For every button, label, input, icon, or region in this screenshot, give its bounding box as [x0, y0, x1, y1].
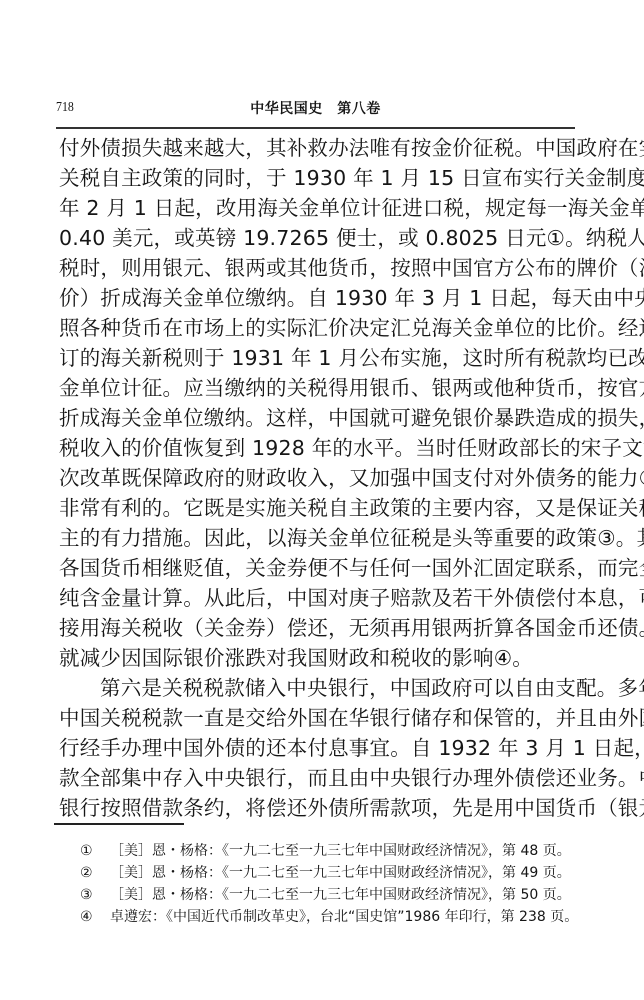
text-line: 款全部集中存入中央银行，而且由中央银行办理外债偿还业务。中央 [59, 763, 579, 793]
running-head: 718 中华民国史 第八卷 [56, 98, 575, 120]
footnote-rule [54, 823, 184, 825]
document-page: 718 中华民国史 第八卷 付外债损失越来越大，其补救办法唯有按金价征税。中国政… [0, 0, 644, 1000]
text-line: 折成海关金单位缴纳。这样，中国就可避免银价暴跌造成的损失，把关 [59, 403, 579, 433]
footnote-2: ②［美］恩・杨格：《一九二七至一九三七年中国财政经济情况》，第 49 页。 [80, 862, 600, 884]
text-line: 付外债损失越来越大，其补救办法唯有按金价征税。中国政府在实施 [59, 133, 579, 163]
text-line: 关税自主政策的同时，于 1930 年 1 月 15 日宣布实行关金制度，即自同 [59, 163, 579, 193]
text-line: 0.40 美元，或英镑 19.7265 便士，或 0.8025 日元①。纳税人在… [59, 223, 579, 253]
footnotes: ①［美］恩・杨格：《一九二七至一九三七年中国财政经济情况》，第 48 页。 ②［… [80, 840, 600, 928]
text-line: 银行按照借款条约，将偿还外债所需款项，先是用中国货币（银元）转解 [59, 793, 579, 823]
book-title: 中华民国史 第八卷 [56, 98, 575, 118]
footnote-text: ［美］恩・杨格：《一九二七至一九三七年中国财政经济情况》，第 49 页。 [110, 865, 571, 881]
text-line: 照各种货币在市场上的实际汇价决定汇兑海关金单位的比价。经过修 [59, 313, 579, 343]
text-line: 各国货币相继贬值，关金券便不与任何一国外汇固定联系，而完全以单 [59, 553, 579, 583]
text-line: 订的海关新税则于 1931 年 1 月公布实施，这时所有税款均已改用海关 [59, 343, 579, 373]
text-line: 税时，则用银元、银两或其他货币，按照中国官方公布的牌价（汇兑比 [59, 253, 579, 283]
footnote-4: ④卓遵宏：《中国近代币制改革史》，台北“国史馆”1986 年印行，第 238 页… [80, 906, 600, 928]
text-line: 次改革既保障政府的财政收入，又加强中国支付对外债务的能力②，是 [59, 463, 579, 493]
text-line: 行经手办理中国外债的还本付息事宜。自 1932 年 3 月 1 日起，海关税 [59, 733, 579, 763]
footnote-3: ③［美］恩・杨格：《一九二七至一九三七年中国财政经济情况》，第 50 页。 [80, 884, 600, 906]
footnote-1: ①［美］恩・杨格：《一九二七至一九三七年中国财政经济情况》，第 48 页。 [80, 840, 600, 862]
text-line: 主的有力措施。因此，以海关金单位征税是头等重要的政策③。其后 [59, 523, 579, 553]
body-text: 付外债损失越来越大，其补救办法唯有按金价征税。中国政府在实施 关税自主政策的同时… [59, 133, 579, 823]
footnote-marker: ② [80, 862, 110, 884]
paragraph-start-line: 第六是关税税款储入中央银行，中国政府可以自由支配。多年来， [59, 673, 579, 703]
text-line: 非常有利的。它既是实施关税自主政策的主要内容，又是保证关税自 [59, 493, 579, 523]
text-line: 价）折成海关金单位缴纳。自 1930 年 3 月 1 日起，每天由中央银行参 [59, 283, 579, 313]
footnote-text: 卓遵宏：《中国近代币制改革史》，台北“国史馆”1986 年印行，第 238 页。 [110, 909, 578, 925]
text-line: 税收入的价值恢复到 1928 年的水平。当时任财政部长的宋子文说，这 [59, 433, 579, 463]
footnote-text: ［美］恩・杨格：《一九二七至一九三七年中国财政经济情况》，第 48 页。 [110, 843, 571, 859]
text-line: 就减少因国际银价涨跌对我国财政和税收的影响④。 [59, 643, 579, 673]
text-line: 金单位计征。应当缴纳的关税得用银币、银两或他种货币，按官方牌价 [59, 373, 579, 403]
header-rule [56, 127, 575, 129]
text-line: 接用海关税收（关金券）偿还，无须再用银两折算各国金币还债。这样 [59, 613, 579, 643]
text-line: 纯含金量计算。从此后，中国对庚子赔款及若干外债偿付本息，可以直 [59, 583, 579, 613]
footnote-marker: ④ [80, 906, 110, 928]
text-line: 中国关税税款一直是交给外国在华银行储存和保管的，并且由外国银 [59, 703, 579, 733]
text-line: 年 2 月 1 日起，改用海关金单位计征进口税，规定每一海关金单位等于 [59, 193, 579, 223]
footnote-marker: ③ [80, 884, 110, 906]
footnote-marker: ① [80, 840, 110, 862]
footnote-text: ［美］恩・杨格：《一九二七至一九三七年中国财政经济情况》，第 50 页。 [110, 887, 571, 903]
